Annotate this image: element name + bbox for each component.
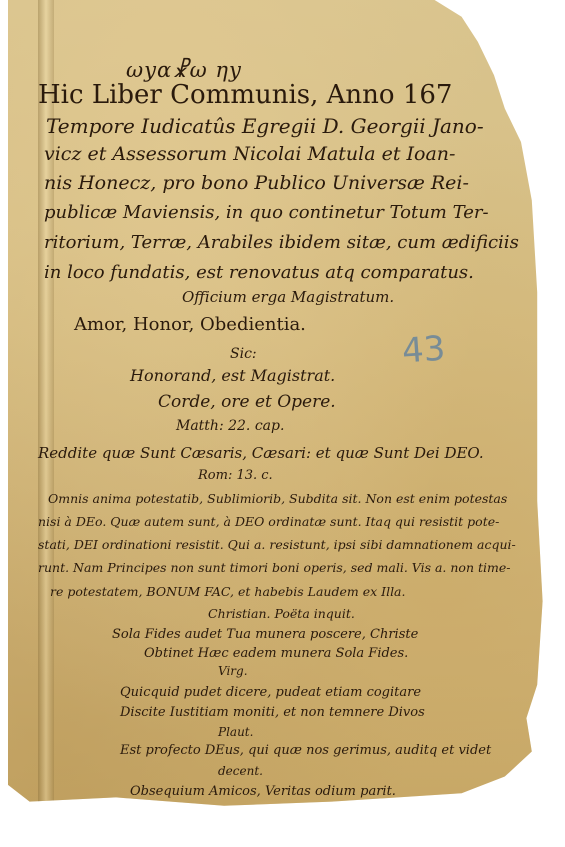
citation: Virg. bbox=[218, 664, 248, 678]
text-line: Corde, ore et Opere. bbox=[158, 392, 336, 412]
quote-line: re potestatem, BONUM FAC, et habebis Lau… bbox=[50, 584, 406, 599]
citation: Plaut. bbox=[218, 725, 253, 739]
verse-line: decent. bbox=[218, 764, 263, 778]
verse-line: Discite Iustitiam moniti, et non temnere… bbox=[120, 705, 425, 720]
manuscript-page: ωyα☧ω ηy Hic Liber Communis, Anno 167 Te… bbox=[8, 0, 548, 835]
heading-symbols: ωyα☧ω ηy bbox=[126, 58, 242, 82]
citation: Rom: 13. c. bbox=[198, 468, 273, 483]
text-line: vicz et Assessorum Nicolai Matula et Ioa… bbox=[44, 143, 455, 165]
quote-line: Reddite quæ Sunt Cæsaris, Cæsari: et quæ… bbox=[38, 444, 484, 462]
quote-line: Omnis anima potestatib, Sublimiorib, Sub… bbox=[48, 491, 507, 506]
section-heading: Officium erga Magistratum. bbox=[182, 288, 394, 306]
motto-line: Amor, Honor, Obedientia. bbox=[74, 314, 306, 335]
text-line: Tempore Iudicatûs Egregii D. Georgii Jan… bbox=[46, 114, 484, 138]
verse-line: Est profecto DEus, qui quæ nos gerimus, … bbox=[120, 743, 491, 758]
citation: Matth: 22. cap. bbox=[176, 418, 284, 434]
folio-number: 43 bbox=[401, 329, 447, 372]
title-line: Hic Liber Communis, Anno 167 bbox=[38, 80, 452, 110]
text-line: Sic: bbox=[230, 346, 257, 362]
citation: Christian. Poëta inquit. bbox=[208, 606, 355, 621]
text-line: nis Honecz, pro bono Publico Universæ Re… bbox=[44, 172, 469, 194]
verse-line: Sola Fides audet Tua munera poscere, Chr… bbox=[112, 627, 418, 642]
verse-line: Obsequium Amicos, Veritas odium parit. bbox=[130, 784, 396, 799]
verse-line: Quicquid pudet dicere, pudeat etiam cogi… bbox=[120, 685, 421, 700]
verse-line: Obtinet Hæc eadem munera Sola Fides. bbox=[144, 646, 408, 661]
text-line: Honorand, est Magistrat. bbox=[130, 366, 335, 385]
text-line: ritorium, Terræ, Arabiles ibidem sitæ, c… bbox=[44, 232, 519, 253]
quote-line: nisi à DEo. Quæ autem sunt, à DEO ordina… bbox=[38, 514, 499, 529]
quote-line: stati, DEI ordinationi resistit. Qui a. … bbox=[38, 537, 516, 552]
text-line: in loco fundatis, est renovatus atq comp… bbox=[44, 262, 474, 283]
paper-stain bbox=[248, 800, 288, 834]
verse-line: Omnia prius experiri, quam Armis, Sapien… bbox=[130, 804, 478, 819]
text-line: publicæ Maviensis, in quo continetur Tot… bbox=[44, 202, 489, 223]
quote-line: runt. Nam Principes non sunt timori boni… bbox=[38, 560, 510, 575]
